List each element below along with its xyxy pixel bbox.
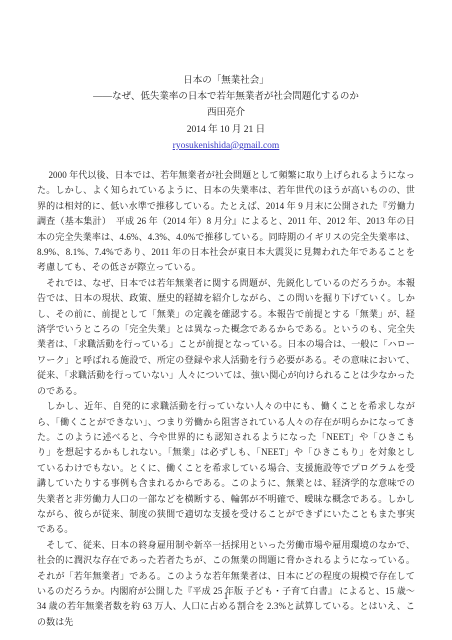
author-name: 西田亮介 <box>0 105 452 121</box>
document-page: 日本の「無業社会」 ――なぜ、低失業率の日本で若年無業者が社会問題化するのか 西… <box>0 0 452 640</box>
paragraph-2: それでは、なぜ、日本では若年無業者に関する問題が、先鋭化しているのだろうか。本報… <box>37 276 415 399</box>
body-text: 2000 年代以後、日本では、若年無業者が社会問題として頻繁に取り上げられるよう… <box>37 168 415 630</box>
page-title: 日本の「無業社会」 <box>0 73 452 89</box>
document-date: 2014 年 10 月 21 日 <box>0 122 452 138</box>
email-line: ryosukenishida@gmail.com <box>0 138 452 154</box>
paragraph-1: 2000 年代以後、日本では、若年無業者が社会問題として頻繁に取り上げられるよう… <box>37 168 415 276</box>
paragraph-3: しかし、近年、自発的に求職活動を行っていない人々の中にも、働くことを希求しながら… <box>37 399 415 538</box>
title-block: 日本の「無業社会」 ――なぜ、低失業率の日本で若年無業者が社会問題化するのか 西… <box>0 73 452 154</box>
page-subtitle: ――なぜ、低失業率の日本で若年無業者が社会問題化するのか <box>0 89 452 105</box>
paragraph-4: そして、従来、日本の終身雇用制や新卒一括採用といった労働市場や雇用環境のなかで、… <box>37 538 415 630</box>
page-number: 1 <box>0 591 452 601</box>
email-link[interactable]: ryosukenishida@gmail.com <box>173 141 280 151</box>
